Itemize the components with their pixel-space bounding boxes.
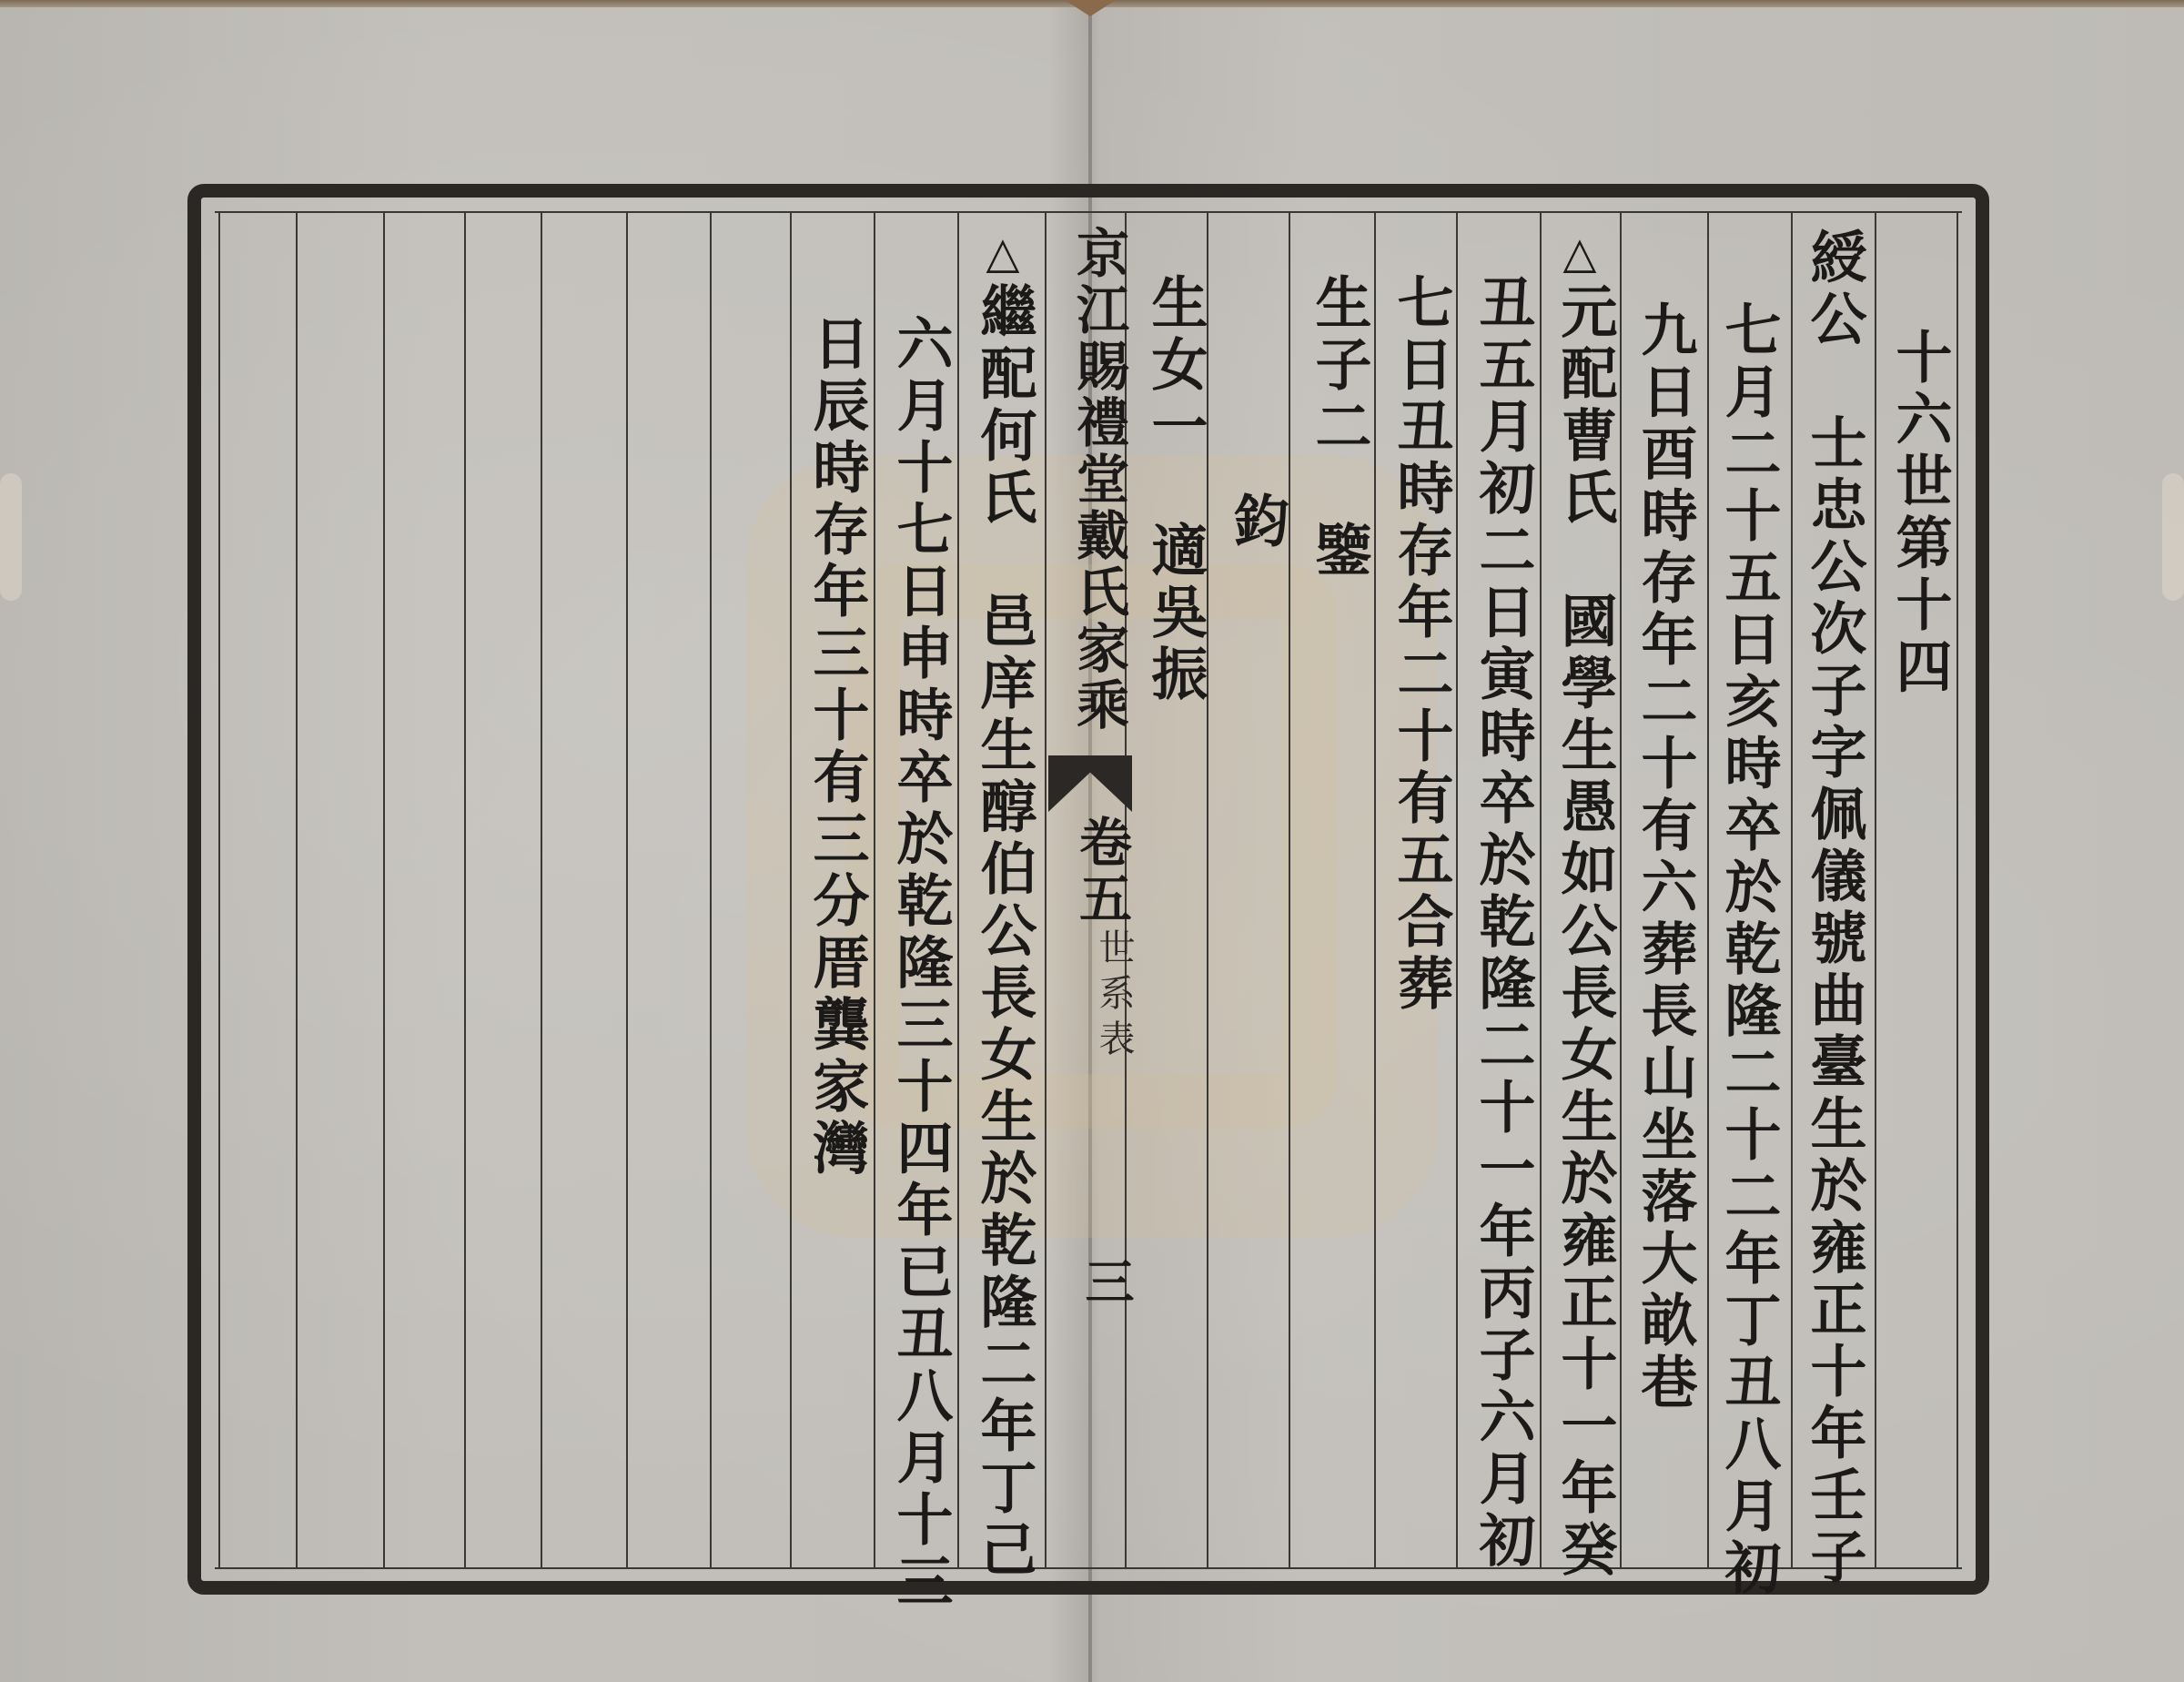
generation-heading: 十六世第十四 — [1891, 328, 1947, 699]
text-column-9: 生女一 適吳振 — [1147, 273, 1203, 706]
column-rule — [1791, 213, 1793, 1567]
column-rule — [1289, 213, 1290, 1567]
text-column-8: 鈞 — [1228, 491, 1285, 553]
left-text-column-1: 繼配何氏 邑庠生醇伯公長女生於乾隆二年丁己 — [976, 282, 1032, 1582]
column-rule — [710, 213, 712, 1567]
column-rule — [541, 213, 542, 1567]
column-rule — [296, 213, 298, 1567]
column-rule — [1620, 213, 1622, 1567]
column-rule — [1456, 213, 1458, 1567]
column-rule — [957, 213, 959, 1567]
column-rule — [383, 213, 385, 1567]
volume-label: 卷五 — [1063, 815, 1139, 927]
triangle-marker-icon: △ — [1558, 228, 1602, 284]
text-column-4: 元配曹氏 國學生愚如公長女生於雍正十一年癸 — [1556, 282, 1613, 1582]
text-column-3: 九日酉時存年二十有六葬長山坐落大畝巷 — [1636, 300, 1693, 1414]
column-rule — [1875, 213, 1876, 1567]
left-text-column-3: 日辰時存年三十有三分厝龔家灣 — [808, 314, 864, 1180]
column-rule — [1956, 213, 1958, 1567]
column-rule — [626, 213, 628, 1567]
text-column-2: 七月二十五日亥時卒於乾隆二十二年丁丑八月初 — [1720, 300, 1776, 1600]
column-rule — [218, 213, 220, 1567]
column-rule — [464, 213, 466, 1567]
book-title: 京江賜禮堂戴氏家乘 — [1060, 226, 1137, 734]
text-column-6: 七日丑時存年二十有五合葬 — [1392, 273, 1449, 1016]
left-edge-mark — [0, 473, 22, 601]
column-rule — [1045, 213, 1046, 1567]
column-rule — [1540, 213, 1542, 1567]
column-rule — [790, 213, 792, 1567]
column-rule — [1374, 213, 1376, 1567]
page-number: 三 — [1072, 1256, 1142, 1305]
right-edge-mark — [2162, 473, 2184, 601]
text-column-7: 生子二 鑒 — [1310, 273, 1367, 583]
column-rule — [874, 213, 875, 1567]
left-text-column-2: 六月十七日申時卒於乾隆三十四年已丑八月十三 — [892, 314, 948, 1614]
triangle-marker-icon: △ — [981, 228, 1025, 284]
section-label: 世系表 — [1088, 928, 1140, 1065]
text-column-5: 丑五月初二日寅時卒於乾隆二十一年丙子六月初 — [1474, 273, 1531, 1573]
column-rule — [1707, 213, 1709, 1567]
text-column-1: 綬公 士忠公次子字佩儀號曲臺生於雍正十年壬子 — [1805, 228, 1862, 1589]
